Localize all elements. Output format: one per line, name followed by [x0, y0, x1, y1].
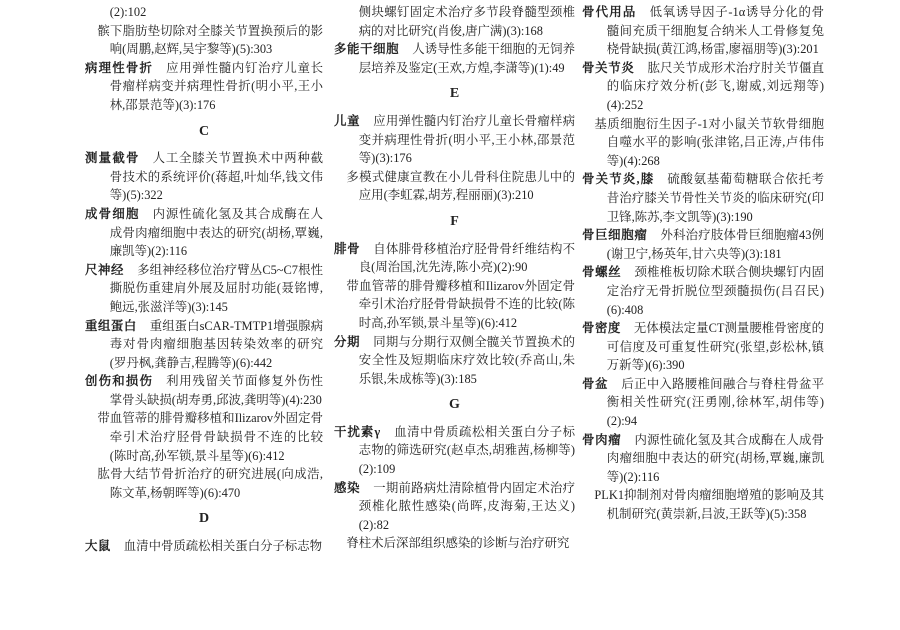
keyword-term: 骨关节炎,膝	[582, 172, 654, 186]
index-column-right: 骨代用品低氧诱导因子-1α诱导分化的骨髓间充质干细胞复合纳米人工骨修复兔桡骨缺损…	[582, 3, 824, 524]
index-column-left: (2):102髌下脂肪垫切除对全膝关节置换预后的影响(周鹏,赵辉,吴宇黎等)(5…	[85, 3, 323, 556]
section-letter: E	[334, 85, 575, 104]
keyword-entry: 大鼠血清中骨质疏松相关蛋白分子标志物	[85, 537, 323, 556]
keyword-term: 重组蛋白	[85, 319, 137, 333]
article-entry: 侧块螺钉固定术治疗多节段脊髓型颈椎病的对比研究(肖俊,唐广满)(3):168	[334, 3, 575, 40]
keyword-term: 病理性骨折	[85, 61, 153, 75]
article-entry: 多模式健康宣教在小儿骨科住院患儿中的应用(李虹霖,胡芳,程丽丽)(3):210	[334, 168, 575, 205]
keyword-term: 多能干细胞	[334, 42, 399, 56]
keyword-term: 骨密度	[582, 321, 621, 335]
keyword-term: 创伤和损伤	[85, 374, 153, 388]
article-entry: 肱骨大结节骨折治疗的研究进展(向成浩,陈文革,杨朝晖等)(6):470	[85, 465, 323, 502]
keyword-entry: 骨肉瘤内源性硫化氢及其合成酶在人成骨肉瘤细胞中表达的研究(胡杨,覃巍,廉凯等)(…	[582, 431, 824, 487]
keyword-entry: 骨密度无体模法定量CT测量腰椎骨密度的可信度及可重复性研究(张望,彭松林,镇万新…	[582, 319, 824, 375]
keyword-term: 尺神经	[85, 263, 124, 277]
keyword-entry: 尺神经多组神经移位治疗臂丛C5~C7根性撕脱伤重建肩外展及屈肘功能(聂铭博,鲍远…	[85, 261, 323, 317]
keyword-term: 骨盆	[582, 377, 608, 391]
keyword-term: 骨关节炎	[582, 61, 635, 75]
keyword-term: 儿童	[334, 114, 360, 128]
keyword-entry: 多能干细胞人诱导性多能干细胞的无饲养层培养及鉴定(王欢,方煌,李潇等)(1):4…	[334, 40, 575, 77]
keyword-term: 骨代用品	[582, 5, 637, 19]
keyword-entry: 病理性骨折应用弹性髓内钉治疗儿童长骨瘤样病变并病理性骨折(明小平,王小林,邵景范…	[85, 59, 323, 115]
article-entry: 基质细胞衍生因子-1对小鼠关节软骨细胞自噬水平的影响(张津铭,吕正涛,卢伟伟等)…	[582, 115, 824, 171]
section-letter: F	[334, 213, 575, 232]
keyword-entry: 儿童应用弹性髓内钉治疗儿童长骨瘤样病变并病理性骨折(明小平,王小林,邵景范等)(…	[334, 112, 575, 168]
keyword-entry: 测量截骨人工全膝关节置换术中两种截骨技术的系统评价(蒋超,叶灿华,钱文伟等)(5…	[85, 149, 323, 205]
keyword-term: 骨肉瘤	[582, 433, 621, 447]
keyword-entry: 重组蛋白重组蛋白sCAR-TMTP1增强腺病毒对骨肉瘤细胞基因转染效率的研究(罗…	[85, 317, 323, 373]
keyword-term: 测量截骨	[85, 151, 140, 165]
keyword-entry: 骨螺丝颈椎椎板切除术联合侧块螺钉内固定治疗无骨折脱位型颈髓损伤(吕召民)(6):…	[582, 263, 824, 319]
keyword-term: 腓骨	[334, 242, 360, 256]
section-letter: C	[85, 123, 323, 142]
keyword-entry: 创伤和损伤利用残留关节面修复外伤性掌骨头缺损(胡寿勇,邱波,龚明等)(4):23…	[85, 372, 323, 409]
keyword-term: 干扰素γ	[334, 425, 381, 439]
article-entry: 髌下脂肪垫切除对全膝关节置换预后的影响(周鹏,赵辉,吴宇黎等)(5):303	[85, 22, 323, 59]
keyword-entry: 骨巨细胞瘤外科治疗肢体骨巨细胞瘤43例(谢卫宁,杨英年,甘六央等)(3):181	[582, 226, 824, 263]
journal-index-page: (2):102髌下脂肪垫切除对全膝关节置换预后的影响(周鹏,赵辉,吴宇黎等)(5…	[0, 0, 900, 630]
keyword-entry: 干扰素γ血清中骨质疏松相关蛋白分子标志物的筛选研究(赵卓杰,胡雅茜,杨柳等)(2…	[334, 423, 575, 479]
article-entry: 带血管蒂的腓骨瓣移植和Ilizarov外固定骨牵引术治疗胫骨骨缺损骨不连的比较(…	[334, 277, 575, 333]
keyword-term: 感染	[334, 481, 360, 495]
keyword-term: 大鼠	[85, 539, 111, 553]
section-letter: D	[85, 510, 323, 529]
keyword-entry: 感染一期前路病灶清除植骨内固定术治疗颈椎化脓性感染(尚晖,皮海菊,王达义)(2)…	[334, 479, 575, 535]
section-letter: G	[334, 396, 575, 415]
article-entry: 脊柱术后深部组织感染的诊断与治疗研究	[334, 534, 575, 553]
keyword-entry: 骨代用品低氧诱导因子-1α诱导分化的骨髓间充质干细胞复合纳米人工骨修复兔桡骨缺损…	[582, 3, 824, 59]
index-column-middle: 侧块螺钉固定术治疗多节段脊髓型颈椎病的对比研究(肖俊,唐广满)(3):168多能…	[334, 3, 575, 553]
keyword-term: 成骨细胞	[85, 207, 140, 221]
keyword-entry: 骨盆后正中入路腰椎间融合与脊柱骨盆平衡相关性研究(汪勇刚,徐林军,胡伟等)(2)…	[582, 375, 824, 431]
keyword-entry: 成骨细胞内源性硫化氢及其合成酶在人成骨肉瘤细胞中表达的研究(胡杨,覃巍,廉凯等)…	[85, 205, 323, 261]
keyword-entry: 腓骨自体腓骨移植治疗胫骨骨纤维结构不良(周治国,沈先涛,陈小亮)(2):90	[334, 240, 575, 277]
keyword-entry: 骨关节炎肱尺关节成形术治疗肘关节僵直的临床疗效分析(彭飞,谢威,刘远翔等)(4)…	[582, 59, 824, 115]
keyword-entry: 分期同期与分期行双侧全髋关节置换术的安全性及短期临床疗效比较(乔高山,朱乐银,朱…	[334, 333, 575, 389]
keyword-term: 骨巨细胞瘤	[582, 228, 647, 242]
keyword-term: 骨螺丝	[582, 265, 621, 279]
keyword-entry: 骨关节炎,膝硫酸氨基葡萄糖联合依托考昔治疗膝关节骨性关节炎的临床研究(印卫锋,陈…	[582, 170, 824, 226]
article-entry: PLK1抑制剂对骨肉瘤细胞增殖的影响及其机制研究(黄崇新,吕波,王跃等)(5):…	[582, 486, 824, 523]
article-entry: (2):102	[85, 3, 323, 22]
article-entry: 带血管蒂的腓骨瓣移植和Ilizarov外固定骨牵引术治疗胫骨骨缺损骨不连的比较(…	[85, 409, 323, 465]
keyword-term: 分期	[334, 335, 360, 349]
